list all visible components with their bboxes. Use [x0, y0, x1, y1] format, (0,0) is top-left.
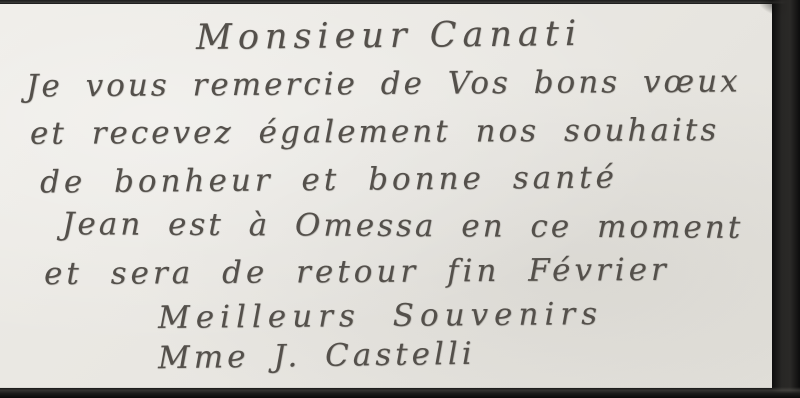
handwritten-line-wishes-1: et recevez également nos souhaits: [30, 112, 719, 152]
scanned-card: Monsieur Canati Je vous remercie de Vos …: [0, 0, 800, 398]
handwritten-line-news-2: et sera de retour fin Février: [44, 252, 670, 292]
handwritten-line-salutation: Monsieur Canati: [196, 14, 582, 58]
scan-edge-top: [0, 0, 800, 4]
handwritten-line-wishes-2: de bonheur et bonne santé: [40, 159, 618, 200]
scan-edge-right: [772, 0, 800, 398]
handwritten-line-signature: Mme J. Castelli: [158, 336, 476, 376]
handwritten-line-closing: Meilleurs Souvenirs: [158, 296, 603, 336]
scan-edge-bottom: [0, 387, 800, 398]
handwritten-line-thanks: Je vous remercie de Vos bons vœux: [26, 64, 741, 105]
handwritten-line-news-1: Jean est à Omessa en ce moment: [62, 206, 743, 246]
